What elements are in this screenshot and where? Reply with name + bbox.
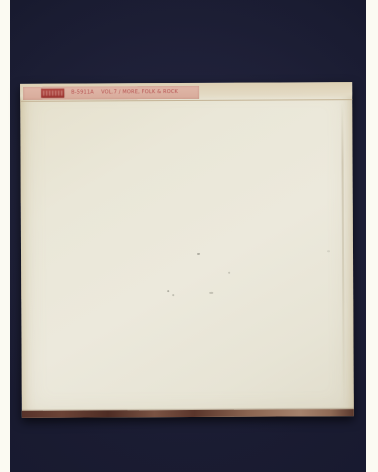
listing-page: B-5911A VOL.7 / MORE, FOLK & ROCK (0, 0, 378, 472)
product-photo-background: B-5911A VOL.7 / MORE, FOLK & ROCK (10, 0, 366, 472)
label-stamp-badge (41, 89, 64, 98)
dust-speck (167, 290, 169, 292)
dust-speck (209, 292, 213, 294)
sleeve-bottom-edge (22, 409, 354, 418)
dust-speck (228, 272, 230, 274)
dust-speck (172, 294, 174, 296)
dust-speck (327, 250, 330, 252)
catalog-number-text: B-5911A (71, 89, 94, 96)
label-title-text: VOL.7 / MORE, FOLK & ROCK (101, 89, 178, 96)
dust-speck (197, 253, 200, 255)
title-label-strip: B-5911A VOL.7 / MORE, FOLK & ROCK (23, 86, 199, 100)
badge-illegible-text (43, 91, 62, 96)
record-sleeve-back-cover: B-5911A VOL.7 / MORE, FOLK & ROCK (20, 82, 354, 418)
sleeve-right-crease (341, 102, 345, 406)
